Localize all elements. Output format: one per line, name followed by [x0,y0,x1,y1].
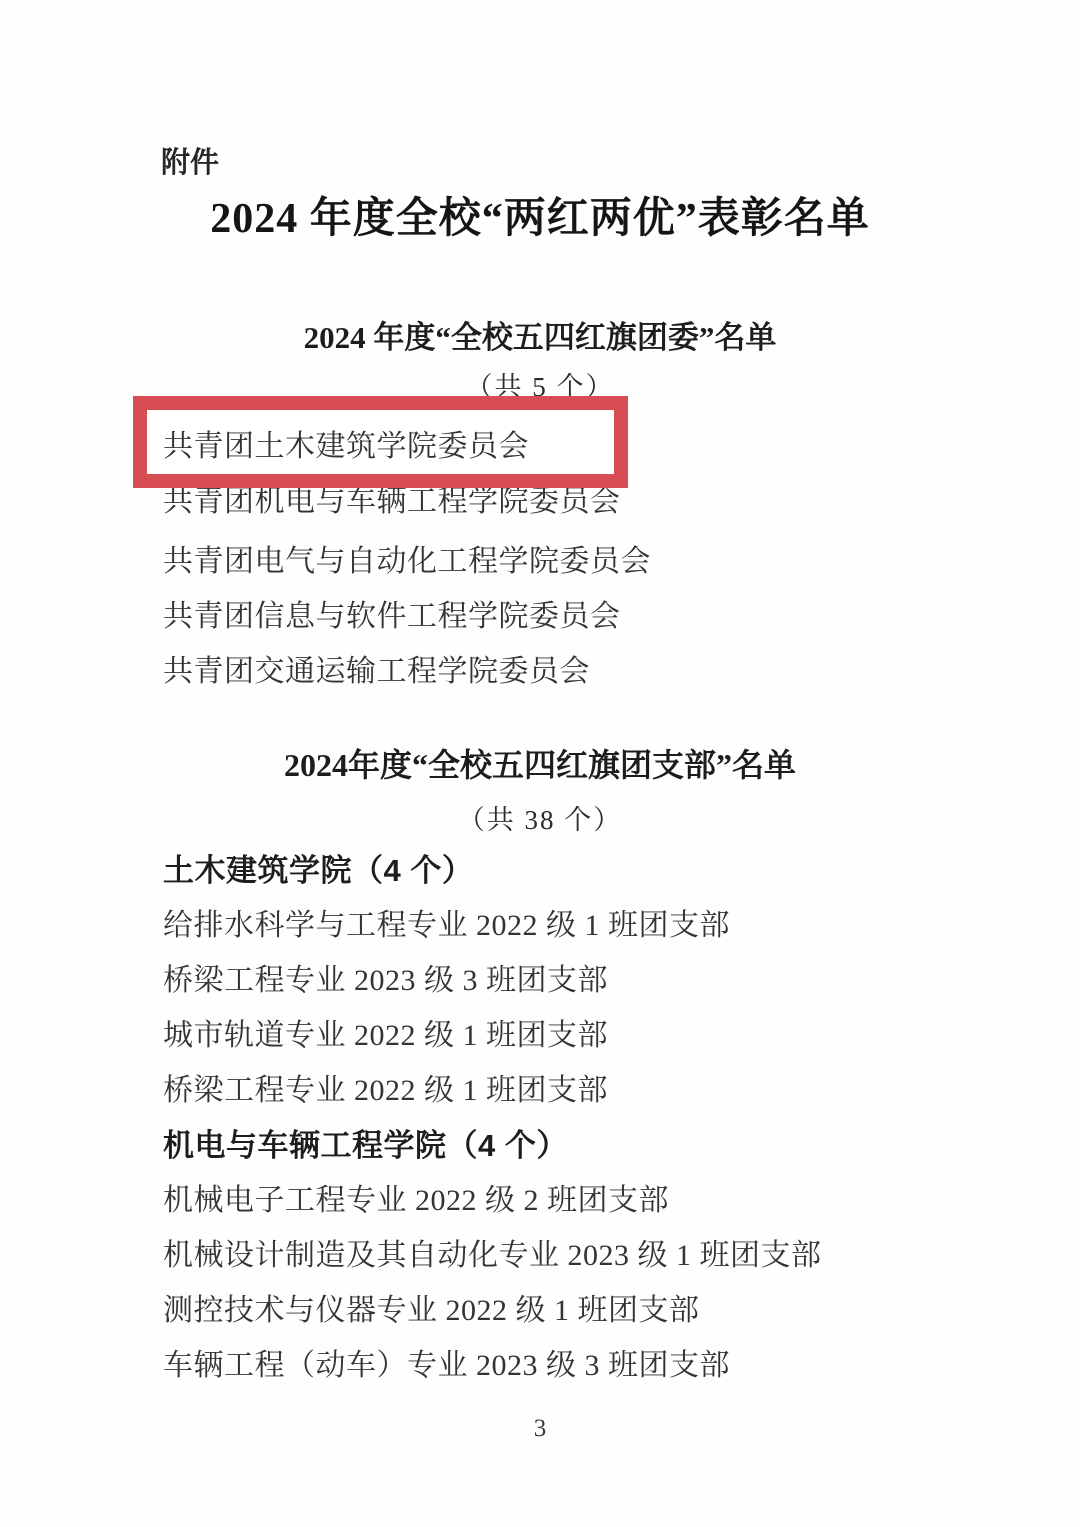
document-page: 附件 2024 年度全校“两红两优”表彰名单 2024 年度“全校五四红旗团委”… [0,0,1080,1527]
list-item: 城市轨道专业 2022 级 1 班团支部 [163,1010,608,1054]
list-item: 测控技术与仪器专业 2022 级 1 班团支部 [163,1285,700,1329]
section2-count: （共 38 个） [0,798,1080,837]
list-item: 共青团信息与软件工程学院委员会 [163,591,621,635]
college-header: 土木建筑学院（4 个） [163,845,473,890]
section1-title: 2024 年度“全校五四红旗团委”名单 [0,312,1080,357]
document-title: 2024 年度全校“两红两优”表彰名单 [0,185,1080,245]
highlight-box: 共青团土木建筑学院委员会 [133,396,628,488]
list-item: 共青团交通运输工程学院委员会 [163,646,590,690]
highlighted-item: 共青团土木建筑学院委员会 [163,421,529,465]
page-number: 3 [0,1415,1080,1443]
list-item: 机械电子工程专业 2022 级 2 班团支部 [163,1175,669,1219]
list-item: 车辆工程（动车）专业 2023 级 3 班团支部 [163,1340,730,1384]
section2-title: 2024年度“全校五四红旗团支部”名单 [0,740,1080,786]
list-item: 给排水科学与工程专业 2022 级 1 班团支部 [163,900,730,944]
college-header: 机电与车辆工程学院（4 个） [163,1120,568,1165]
list-item: 桥梁工程专业 2022 级 1 班团支部 [163,1065,608,1109]
attachment-label: 附件 [161,140,219,181]
list-item: 共青团电气与自动化工程学院委员会 [163,536,651,580]
list-item: 桥梁工程专业 2023 级 3 班团支部 [163,955,608,999]
list-item: 机械设计制造及其自动化专业 2023 级 1 班团支部 [163,1230,822,1274]
